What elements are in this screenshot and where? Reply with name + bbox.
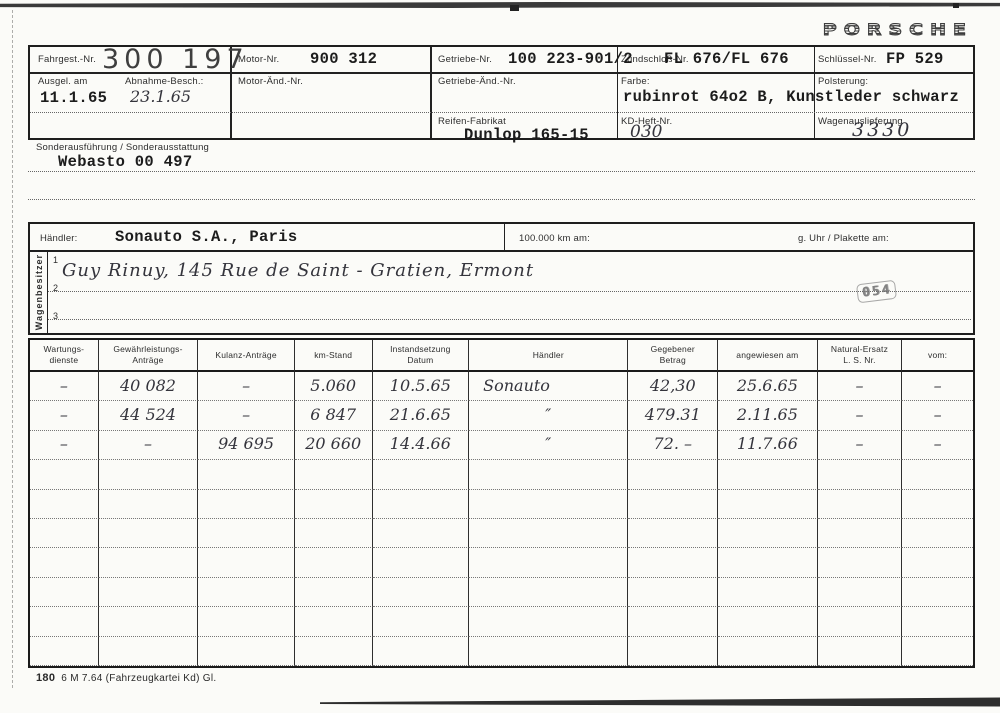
- table-header-cell: angewiesen am: [718, 340, 818, 372]
- form-number: 180: [36, 672, 55, 684]
- table-cell: –: [818, 431, 903, 460]
- table-cell-empty: [198, 607, 295, 636]
- scan-artifact-bottom-edge: [320, 697, 1000, 707]
- table-cell-empty: [902, 637, 973, 666]
- ignition-lock-number-value: FL 676/FL 676: [664, 50, 789, 68]
- table-cell: –: [818, 401, 903, 430]
- table-cell-empty: [902, 548, 973, 577]
- table-cell-empty: [718, 548, 818, 577]
- table-cell-empty: [198, 490, 295, 519]
- scan-artifact-top-edge: [0, 2, 1000, 8]
- table-cell: ″: [469, 401, 628, 430]
- table-cell-empty: [30, 519, 99, 548]
- owner-stamp: 054: [856, 280, 898, 304]
- table-cell-empty: [198, 637, 295, 666]
- color-value: rubinrot 64o2 B, Kunstleder schwarz: [623, 88, 959, 106]
- gearbox-mod-number-label: Getriebe-Änd.-Nr.: [438, 76, 516, 87]
- scan-speck: [510, 5, 519, 11]
- table-cell-empty: [818, 607, 903, 636]
- table-cell-empty: [373, 607, 470, 636]
- table-cell-empty: [295, 637, 373, 666]
- table-cell-empty: [818, 637, 903, 666]
- vehicle-header-box: Fahrgest.-Nr. 300 197 Motor-Nr. 900 312 …: [28, 45, 975, 140]
- table-cell-empty: [818, 490, 903, 519]
- owner-line: [48, 291, 971, 292]
- engine-number-value: 900 312: [310, 50, 377, 68]
- table-cell-empty: [718, 519, 818, 548]
- table-cell: –: [99, 431, 199, 460]
- table-cell-empty: [818, 548, 903, 577]
- table-cell-empty: [718, 460, 818, 489]
- table-header-cell: Natural-Ersatz L. S. Nr.: [818, 340, 903, 372]
- tire-make-value: Dunlop 165-15: [464, 126, 589, 144]
- table-cell-empty: [295, 578, 373, 607]
- table-cell: 5.060: [295, 372, 373, 401]
- gearbox-number-value: 100 223-901/2: [508, 50, 633, 68]
- table-cell-empty: [99, 548, 199, 577]
- key-number-value: FP 529: [886, 50, 944, 68]
- issued-date-value: 11.1.65: [40, 89, 107, 107]
- special-equipment-line-2: [28, 199, 975, 200]
- table-cell: 11.7.66: [718, 431, 818, 460]
- chassis-number-value: 300 197: [102, 44, 249, 75]
- divider: [430, 47, 432, 138]
- acceptance-cert-value: 23.1.65: [130, 87, 191, 106]
- table-cell-empty: [373, 519, 470, 548]
- table-cell-empty: [628, 637, 718, 666]
- table-cell-empty: [628, 460, 718, 489]
- table-cell-empty: [902, 607, 973, 636]
- table-cell-empty: [198, 519, 295, 548]
- table-header-cell: Kulanz-Anträge: [198, 340, 295, 372]
- table-cell-empty: [902, 578, 973, 607]
- table-cell-empty: [373, 578, 470, 607]
- table-cell-empty: [30, 490, 99, 519]
- table-cell: 14.4.66: [373, 431, 470, 460]
- table-cell-empty: [30, 460, 99, 489]
- table-cell-empty: [295, 607, 373, 636]
- owner-side-label: Wagenbesitzer: [34, 254, 44, 330]
- table-cell-empty: [295, 460, 373, 489]
- divider: [504, 224, 505, 250]
- table-cell-empty: [628, 578, 718, 607]
- table-cell: 6 847: [295, 401, 373, 430]
- table-cell-empty: [295, 490, 373, 519]
- table-cell: ″: [469, 431, 628, 460]
- table-cell: 479.31: [628, 401, 718, 430]
- table-cell: –: [198, 372, 295, 401]
- table-cell-empty: [718, 490, 818, 519]
- owner-box: Wagenbesitzer 1 2 3 Guy Rinuy, 145 Rue d…: [28, 252, 975, 335]
- owner-line-number: 1: [53, 255, 58, 265]
- table-header-cell: vom:: [902, 340, 973, 372]
- owner-side-strip: Wagenbesitzer: [30, 252, 48, 333]
- table-cell-empty: [469, 460, 628, 489]
- table-cell-empty: [628, 607, 718, 636]
- table-cell: –: [902, 431, 973, 460]
- table-cell-empty: [818, 519, 903, 548]
- 100000-km-label: 100.000 km am:: [519, 233, 590, 244]
- form-footer: 1806 M 7.64 (Fahrzeugkartei Kd) Gl.: [36, 672, 216, 684]
- table-cell-empty: [30, 607, 99, 636]
- color-label: Farbe:: [621, 76, 650, 87]
- special-equipment-label: Sonderausführung / Sonderausstattung: [36, 142, 209, 153]
- table-header-cell: Händler: [469, 340, 628, 372]
- gearbox-number-label: Getriebe-Nr.: [438, 54, 492, 65]
- table-header-cell: km-Stand: [295, 340, 373, 372]
- table-cell-empty: [30, 548, 99, 577]
- table-cell: 25.6.65: [718, 372, 818, 401]
- table-cell: –: [30, 401, 99, 430]
- clock-badge-label: g. Uhr / Plakette am:: [798, 233, 889, 244]
- table-cell-empty: [818, 578, 903, 607]
- table-cell-empty: [373, 460, 470, 489]
- engine-mod-number-label: Motor-Änd.-Nr.: [238, 76, 303, 87]
- table-cell-empty: [99, 637, 199, 666]
- service-table: Wartungs- dienste Gewährleistungs- Anträ…: [28, 338, 975, 668]
- table-cell: 40 082: [99, 372, 199, 401]
- table-cell: –: [30, 372, 99, 401]
- table-cell-empty: [469, 578, 628, 607]
- table-cell: Sonauto: [469, 372, 628, 401]
- table-cell-empty: [30, 637, 99, 666]
- acceptance-cert-label: Abnahme-Besch.:: [125, 76, 204, 87]
- dealer-value: Sonauto S.A., Paris: [115, 228, 297, 246]
- table-cell-empty: [902, 519, 973, 548]
- table-cell-empty: [295, 519, 373, 548]
- table-cell: 21.6.65: [373, 401, 470, 430]
- table-cell-empty: [628, 519, 718, 548]
- dealer-row: Händler: Sonauto S.A., Paris 100.000 km …: [28, 222, 975, 252]
- special-equipment-value: Webasto 00 497: [58, 153, 192, 171]
- table-cell: 42,30: [628, 372, 718, 401]
- table-cell-empty: [718, 578, 818, 607]
- table-cell-empty: [373, 637, 470, 666]
- table-cell-empty: [373, 548, 470, 577]
- delivery-value: 3330: [852, 119, 912, 141]
- table-cell-empty: [373, 490, 470, 519]
- service-booklet-value: 030: [630, 122, 662, 142]
- table-cell: 94 695: [198, 431, 295, 460]
- table-cell-empty: [718, 607, 818, 636]
- table-cell-empty: [469, 607, 628, 636]
- table-cell-empty: [628, 490, 718, 519]
- table-cell-empty: [99, 578, 199, 607]
- scan-artifact-left-fold: [12, 10, 13, 688]
- table-cell-empty: [198, 460, 295, 489]
- table-cell: –: [902, 372, 973, 401]
- table-header-cell: Wartungs- dienste: [30, 340, 99, 372]
- table-header-cell: Gewährleistungs- Anträge: [99, 340, 199, 372]
- table-cell-empty: [198, 548, 295, 577]
- table-cell-empty: [469, 490, 628, 519]
- upholstery-label: Polsterung:: [818, 76, 868, 87]
- table-header-cell: Instandsetzung Datum: [373, 340, 470, 372]
- table-cell-empty: [99, 519, 199, 548]
- scan-speck: [953, 3, 959, 8]
- table-cell-empty: [295, 548, 373, 577]
- table-header-cell: Gegebener Betrag: [628, 340, 718, 372]
- table-cell-empty: [469, 637, 628, 666]
- table-cell-empty: [99, 490, 199, 519]
- table-cell: 10.5.65: [373, 372, 470, 401]
- table-cell: –: [818, 372, 903, 401]
- table-cell: 44 524: [99, 401, 199, 430]
- table-cell: –: [30, 431, 99, 460]
- table-cell: 20 660: [295, 431, 373, 460]
- owner-line: [48, 319, 971, 320]
- dealer-label: Händler:: [40, 233, 78, 244]
- owner-name-address: Guy Rinuy, 145 Rue de Saint - Gratien, E…: [62, 260, 534, 281]
- table-cell: –: [198, 401, 295, 430]
- table-cell: 72. –: [628, 431, 718, 460]
- porsche-logo: PORSCHE: [823, 23, 973, 39]
- form-footer-text: 6 M 7.64 (Fahrzeugkartei Kd) Gl.: [61, 673, 216, 684]
- table-cell: –: [902, 401, 973, 430]
- table-cell-empty: [198, 578, 295, 607]
- table-cell-empty: [469, 548, 628, 577]
- table-cell-empty: [628, 548, 718, 577]
- table-cell: 2.11.65: [718, 401, 818, 430]
- special-equipment-line: [28, 171, 975, 172]
- table-cell-empty: [902, 490, 973, 519]
- divider: [30, 112, 973, 113]
- engine-number-label: Motor-Nr.: [238, 54, 279, 65]
- table-cell-empty: [99, 460, 199, 489]
- table-cell-empty: [469, 519, 628, 548]
- key-number-label: Schlüssel-Nr.: [818, 54, 877, 65]
- table-cell-empty: [99, 607, 199, 636]
- issued-date-label: Ausgel. am: [38, 76, 88, 87]
- table-cell-empty: [718, 637, 818, 666]
- table-cell-empty: [818, 460, 903, 489]
- chassis-number-label: Fahrgest.-Nr.: [38, 54, 96, 65]
- table-cell-empty: [902, 460, 973, 489]
- table-cell-empty: [30, 578, 99, 607]
